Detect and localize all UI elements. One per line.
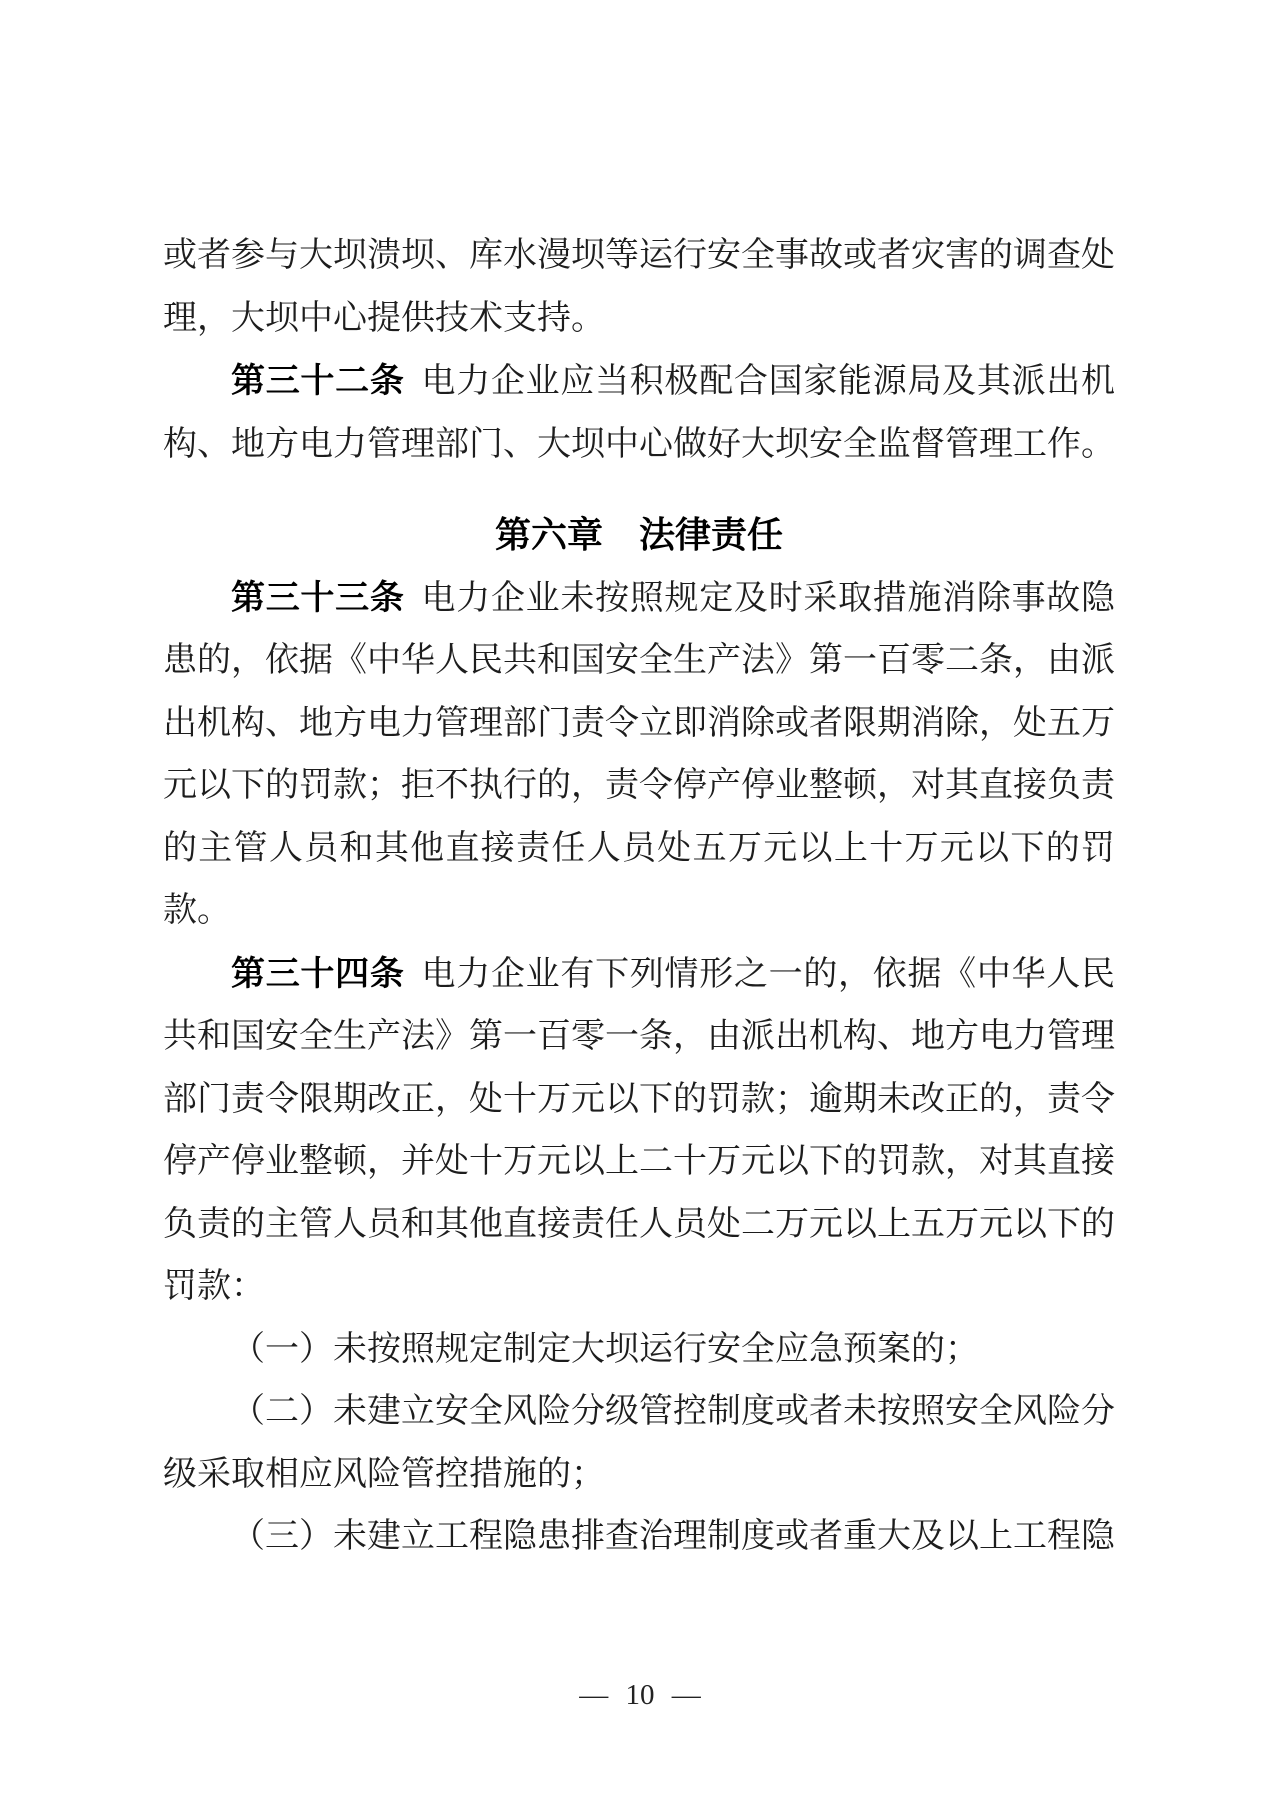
paragraph-article-32: 第三十二条电力企业应当积极配合国家能源局及其派出机构、地方电力管理部门、大坝中心…	[163, 350, 1115, 476]
document-body: 或者参与大坝溃坝、库水漫坝等运行安全事故或者灾害的调查处理，大坝中心提供技术支持…	[163, 225, 1115, 1569]
article-number-label: 第三十四条	[231, 955, 405, 993]
list-item-3: （三）未建立工程隐患排查治理制度或者重大及以上工程隐	[163, 1506, 1115, 1569]
paragraph-continuation: 或者参与大坝溃坝、库水漫坝等运行安全事故或者灾害的调查处理，大坝中心提供技术支持…	[163, 225, 1115, 350]
article-number-label: 第三十二条	[231, 362, 405, 400]
chapter-heading: 第六章 法律责任	[163, 504, 1115, 567]
paragraph-text: 或者参与大坝溃坝、库水漫坝等运行安全事故或者灾害的调查处理，大坝中心提供技术支持…	[163, 237, 1115, 337]
list-item-1: （一）未按照规定制定大坝运行安全应急预案的；	[163, 1319, 1115, 1382]
document-page: 或者参与大坝溃坝、库水漫坝等运行安全事故或者灾害的调查处理，大坝中心提供技术支持…	[0, 0, 1280, 1810]
paragraph-text: 电力企业有下列情形之一的，依据《中华人民共和国安全生产法》第一百零一条，由派出机…	[163, 956, 1115, 1306]
list-item-2: （二）未建立安全风险分级管控制度或者未按照安全风险分级采取相应风险管控措施的；	[163, 1381, 1115, 1506]
paragraph-text: （二）未建立安全风险分级管控制度或者未按照安全风险分级采取相应风险管控措施的；	[163, 1393, 1115, 1493]
paragraph-text: （三）未建立工程隐患排查治理制度或者重大及以上工程隐	[231, 1518, 1115, 1555]
article-number-label: 第三十三条	[231, 579, 405, 617]
page-number: — 10 —	[0, 1678, 1280, 1712]
paragraph-text: 电力企业未按照规定及时采取措施消除事故隐患的，依据《中华人民共和国安全生产法》第…	[163, 580, 1115, 930]
paragraph-text: （一）未按照规定制定大坝运行安全应急预案的；	[231, 1331, 979, 1368]
paragraph-article-33: 第三十三条电力企业未按照规定及时采取措施消除事故隐患的，依据《中华人民共和国安全…	[163, 567, 1115, 943]
paragraph-article-34: 第三十四条电力企业有下列情形之一的，依据《中华人民共和国安全生产法》第一百零一条…	[163, 943, 1115, 1319]
